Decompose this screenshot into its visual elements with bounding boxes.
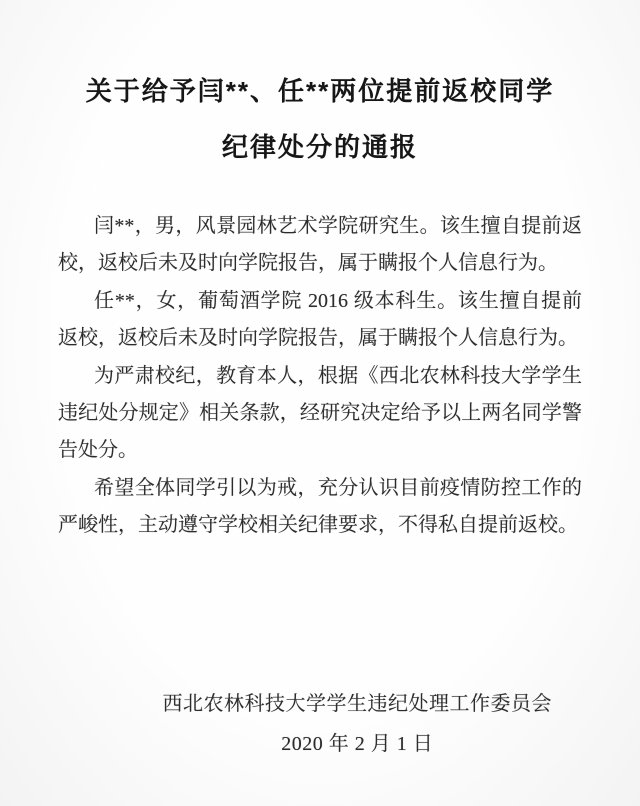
document-body: 闫**，男，风景园林艺术学院研究生。该生擅自提前返校，返校后未及时向学院报告，属… [58,208,582,545]
paragraph: 希望全体同学引以为戒，充分认识目前疫情防控工作的严峻性，主动遵守学校相关纪律要求… [58,470,582,545]
signature-block: 西北农林科技大学学生违纪处理工作委员会 2020 年 2 月 1 日 [163,684,553,764]
signature-date: 2020 年 2 月 1 日 [163,724,553,764]
paragraph-line: 告处分。 [58,432,582,469]
document-title-line-1: 关于给予闫**、任**两位提前返校同学 [0,63,640,119]
paragraph-line: 返校，返校后未及时向学院报告，属于瞒报个人信息行为。 [58,320,582,357]
signature-org: 西北农林科技大学学生违纪处理工作委员会 [163,684,553,724]
paragraph-line: 违纪处分规定》相关条款，经研究决定给予以上两名同学警 [58,395,582,432]
paragraph-line: 严峻性，主动遵守学校相关纪律要求，不得私自提前返校。 [58,507,582,544]
paragraph: 闫**，男，风景园林艺术学院研究生。该生擅自提前返校，返校后未及时向学院报告，属… [58,208,582,283]
paragraph: 任**，女，葡萄酒学院 2016 级本科生。该生擅自提前返校，返校后未及时向学院… [58,283,582,358]
document-title-line-2: 纪律处分的通报 [0,119,640,175]
document-title: 关于给予闫**、任**两位提前返校同学 纪律处分的通报 [0,63,640,175]
paragraph: 为严肃校纪，教育本人，根据《西北农林科技大学学生违纪处分规定》相关条款，经研究决… [58,358,582,470]
paragraph-line: 为严肃校纪，教育本人，根据《西北农林科技大学学生 [58,358,582,395]
paragraph-line: 闫**，男，风景园林艺术学院研究生。该生擅自提前返 [58,208,582,245]
paragraph-line: 希望全体同学引以为戒，充分认识目前疫情防控工作的 [58,470,582,507]
paragraph-line: 任**，女，葡萄酒学院 2016 级本科生。该生擅自提前 [58,283,582,320]
document-page: 关于给予闫**、任**两位提前返校同学 纪律处分的通报 闫**，男，风景园林艺术… [0,0,640,806]
paragraph-line: 校，返校后未及时向学院报告，属于瞒报个人信息行为。 [58,245,582,282]
